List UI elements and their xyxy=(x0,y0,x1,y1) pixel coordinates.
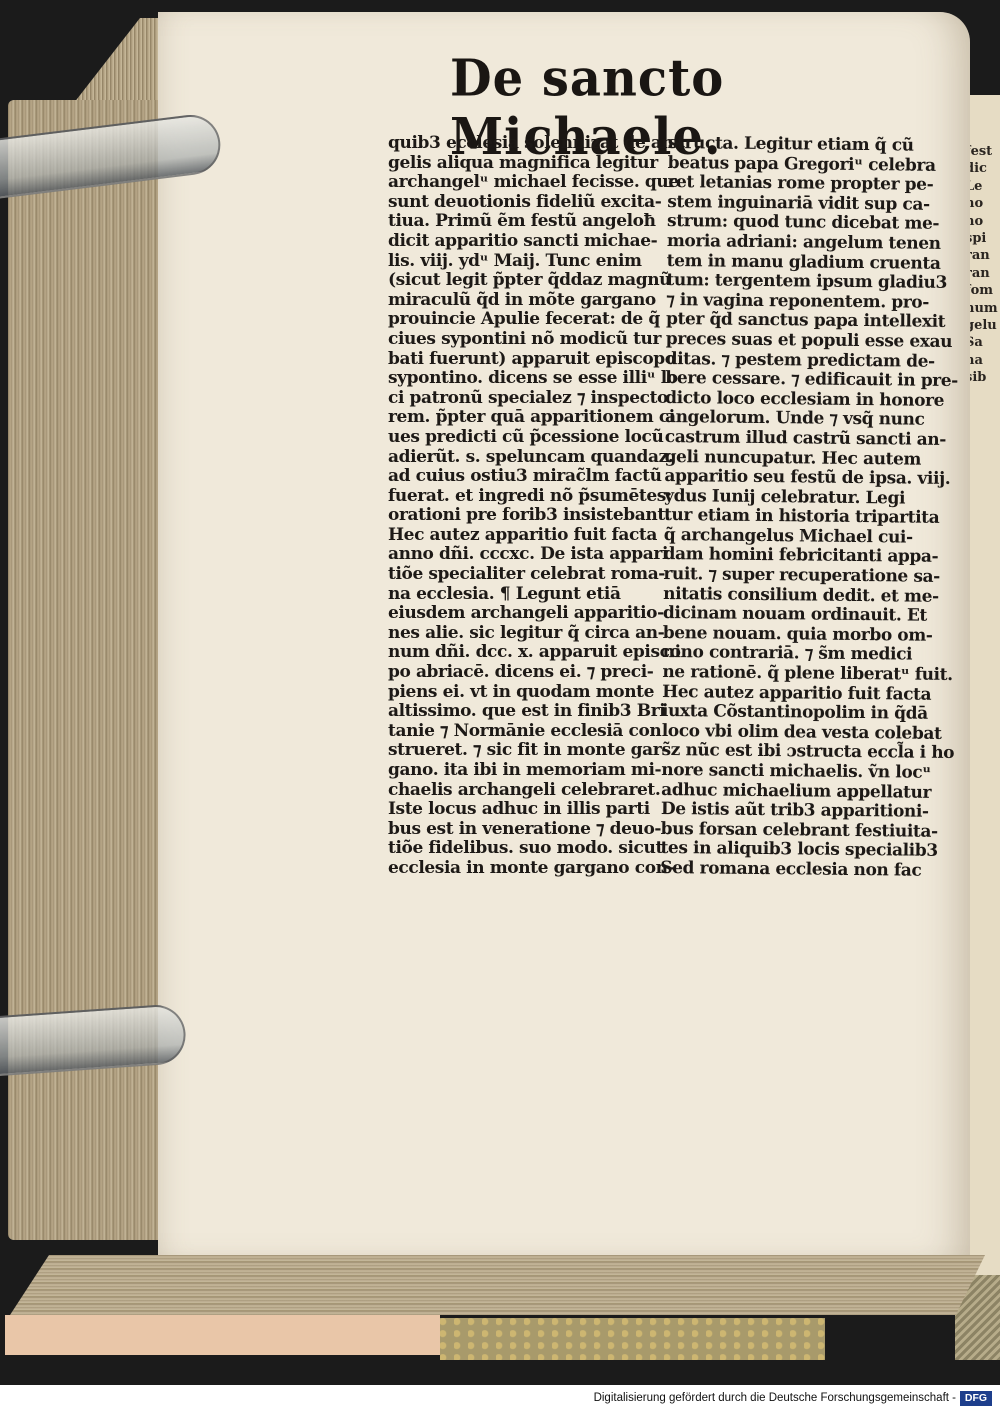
text-line: po abriacē. dicens ei. ⁊ preci- xyxy=(388,663,656,683)
text-line: ciues sypontini nõ modicũ tur xyxy=(388,330,656,350)
text-line: sunt deuotionis fideliũ excita- xyxy=(388,193,656,213)
page-stack-top xyxy=(70,18,170,108)
text-line: num dñi. dcc. x. apparuit episco xyxy=(388,643,656,663)
text-line: orationi pre forib3 insistebant. xyxy=(388,506,656,526)
text-line: archangelᵘ michael fecisse. que xyxy=(388,173,656,193)
text-line: prouincie Apulie fecerat: de q̃ xyxy=(388,310,656,330)
text-line: dicit apparitio sancti michae- xyxy=(388,232,656,252)
text-line: ci patronũ specialez ⁊ inspecto xyxy=(388,389,656,409)
text-line: ad cuius ostiu3 mirac̃lm factũ xyxy=(388,467,656,487)
text-line: bati fuerunt) apparuit episcopo xyxy=(388,350,656,370)
cover-board xyxy=(5,1315,440,1355)
text-column-right: structa. Legitur etiam q̃ cũbeatus papa … xyxy=(660,134,938,881)
text-line: Hec autez apparitio fuit facta xyxy=(388,526,656,546)
text-column-left: quib3 ecclesia solennizat de an-gelis al… xyxy=(388,134,656,879)
text-line: miraculũ q̃d in mõte gargano xyxy=(388,291,656,311)
text-line: bus est in veneratione ⁊ deuo- xyxy=(388,820,656,840)
text-line: (sicut legit p̃pter q̃ddaz magnũ xyxy=(388,271,656,291)
text-line: sypontino. dicens se esse illiᵘ lo xyxy=(388,369,656,389)
text-line: adierũt. s. speluncam quandaz. xyxy=(388,448,656,468)
text-line: fuerat. et ingredi nõ p̃sumētes: xyxy=(388,487,656,507)
marbled-cover xyxy=(440,1318,825,1360)
text-line: anno dñi. cccxc. De ista appari xyxy=(388,545,656,565)
text-line: strueret. ⁊ sic fit in monte gar- xyxy=(388,741,656,761)
text-line: tanie ⁊ Normānie ecclesiā con xyxy=(388,722,656,742)
text-line: eiusdem archangeli apparitio- xyxy=(388,604,656,624)
text-line: na ecclesia. ¶ Legunt etiā xyxy=(388,585,656,605)
text-line: gelis aliqua magnifica legitur xyxy=(388,154,656,174)
book-scan: festdicLenonospiranranfomnumgeluSanasib … xyxy=(0,0,1000,1385)
text-line: lis. viij. ydᵘ Maij. Tunc enim xyxy=(388,252,656,272)
text-line: rem. p̃pter quā apparitionem ci xyxy=(388,408,656,428)
text-line: nes alie. sic legitur q̃ circa an- xyxy=(388,624,656,644)
text-line: tiua. Primũ ẽm festũ angeloħ xyxy=(388,212,656,232)
text-line: tiõe fidelibus. suo modo. sicut xyxy=(388,839,656,859)
funding-credit: Digitalisierung gefördert durch die Deut… xyxy=(594,1392,956,1404)
dfg-logo: DFG xyxy=(960,1391,992,1406)
text-line: quib3 ecclesia solennizat de an- xyxy=(388,134,656,154)
page-stack-bottom xyxy=(10,1255,985,1315)
text-line: tiõe specialiter celebrat roma- xyxy=(388,565,656,585)
text-line: piens ei. vt in quodam monte xyxy=(388,683,656,703)
footer-bar: Digitalisierung gefördert durch die Deut… xyxy=(0,1385,1000,1412)
text-line: ecclesia in monte gargano con- xyxy=(388,859,656,879)
text-line: Iste locus adhuc in illis parti xyxy=(388,800,656,820)
text-line: altissimo. que est in finib3 Bri xyxy=(388,702,656,722)
text-line: Sed romana ecclesia non fac xyxy=(660,859,930,881)
text-line: gano. ita ibi in memoriam mi- xyxy=(388,761,656,781)
text-line: chaelis archangeli celebraret. xyxy=(388,781,656,801)
text-line: ues predicti cũ p̃cessione locũ xyxy=(388,428,656,448)
